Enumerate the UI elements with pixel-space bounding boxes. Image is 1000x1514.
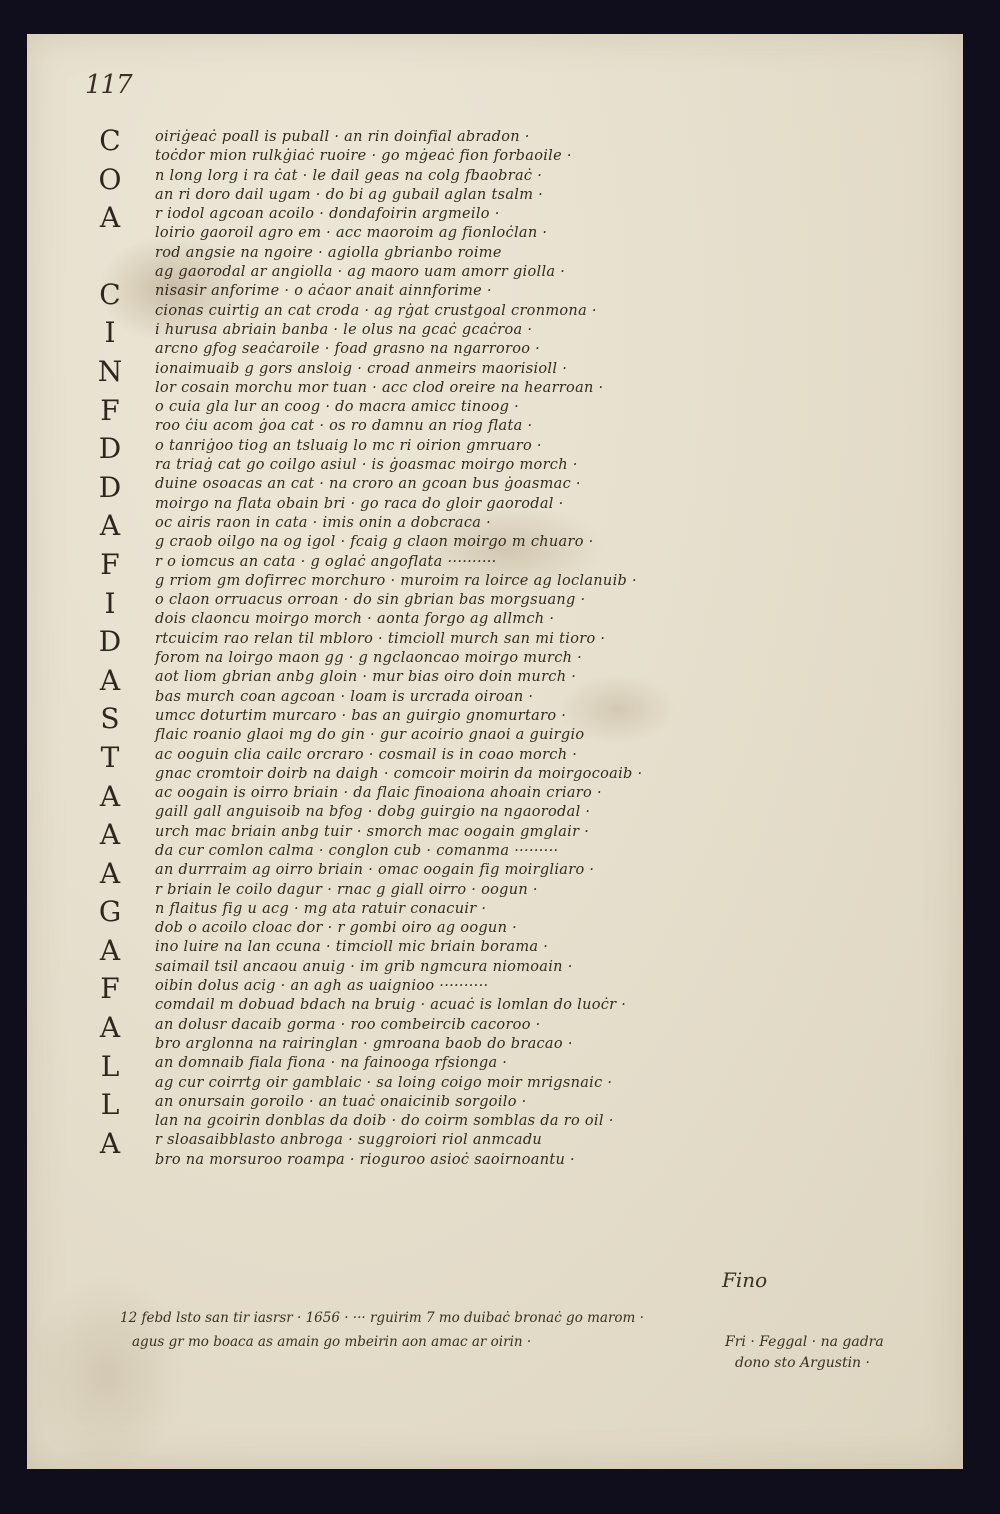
text-line: duine osoacas an cat · na croro an gcoan… [155, 475, 795, 494]
initial: A [90, 662, 130, 701]
text-line: rod angsie na ngoire · agiolla gbrianbo … [155, 244, 795, 263]
initial: A [90, 778, 130, 817]
text-line: bas murch coan agcoan · loam is urcrada … [155, 688, 795, 707]
water-stain [27, 1274, 187, 1474]
text-line: o tanriġoo tiog an tsluaig lo mc ri oiri… [155, 437, 795, 456]
text-line: bro na morsuroo roampa · rioguroo asioċ … [155, 1151, 795, 1170]
text-line: rtcuicim rao relan til mbloro · timcioll… [155, 630, 795, 649]
margin-initials: C O A C I N F D D A F I D A S T A A A G … [90, 122, 130, 1163]
text-line: an ri doro dail ugam · do bi ag gubail a… [155, 186, 795, 205]
text-line: oibin dolus acig · an agh as uaignioo ··… [155, 977, 795, 996]
text-line: roo ċiu acom ġoa cat · os ro damnu an ri… [155, 417, 795, 436]
scribe-signature: dono sto Argustin · [735, 1355, 870, 1371]
text-line: urch mac briain anbg tuir · smorch mac o… [155, 823, 795, 842]
text-line: an durrraim ag oirro briain · omac oogai… [155, 861, 795, 880]
initial: L [90, 1086, 130, 1125]
finis-note: Fino [722, 1268, 767, 1292]
text-line: gaill gall anguisoib na bfog · dobg guir… [155, 803, 795, 822]
text-line: ac oogain is oirro briain · da flaic fin… [155, 784, 795, 803]
initial: A [90, 1009, 130, 1048]
text-line: moirgo na flata obain bri · go raca do g… [155, 495, 795, 514]
initial: O [90, 161, 130, 200]
text-line: oc airis raon in cata · imis onin a dobc… [155, 514, 795, 533]
text-line: ra triaġ cat go coilgo asiul · is ġoasma… [155, 456, 795, 475]
folio-number: 117 [85, 70, 132, 100]
text-line: r sloasaibblasto anbroga · suggroiori ri… [155, 1131, 795, 1150]
text-line: r iodol agcoan acoilo · dondafoirin argm… [155, 205, 795, 224]
text-line: lan na gcoirin donblas da doib · do coir… [155, 1112, 795, 1131]
colophon-line: agus gr mo boaca as amain go mbeirin aon… [132, 1334, 531, 1350]
text-line: lor cosain morchu mor tuan · acc clod or… [155, 379, 795, 398]
text-line: da cur comlon calma · conglon cub · coma… [155, 842, 795, 861]
text-line: toċdor mion rulkġiaċ ruoire · go mġeaċ f… [155, 147, 795, 166]
colophon-line: 12 febd lsto san tir iasrsr · 1656 · ···… [120, 1310, 644, 1326]
initial: D [90, 430, 130, 469]
text-line: saimail tsil ancaou anuig · im grib ngmc… [155, 958, 795, 977]
text-line: o claon orruacus orroan · do sin gbrian … [155, 591, 795, 610]
initial: A [90, 507, 130, 546]
initial: F [90, 970, 130, 1009]
initial: T [90, 739, 130, 778]
text-line: dob o acoilo cloac dor · r gombi oiro ag… [155, 919, 795, 938]
initial: F [90, 546, 130, 585]
text-line: r briain le coilo dagur · rnac g giall o… [155, 881, 795, 900]
text-line: o cuia gla lur an coog · do macra amicc … [155, 398, 795, 417]
text-line: r o iomcus an cata · g oglaċ angoflata ·… [155, 553, 795, 572]
text-line: cionas cuirtig an cat croda · ag rġat cr… [155, 302, 795, 321]
text-line: ionaimuaib g gors ansloig · croad anmeir… [155, 360, 795, 379]
initial: I [90, 314, 130, 353]
scribe-signature: Fri · Feggal · na gadra [725, 1334, 884, 1350]
text-line: nisasir anforime · o aċaor anait ainnfor… [155, 282, 795, 301]
initial: A [90, 816, 130, 855]
text-line: forom na loirgo maon gg · g ngclaoncao m… [155, 649, 795, 668]
initial: D [90, 623, 130, 662]
text-line: gnac cromtoir doirb na daigh · comcoir m… [155, 765, 795, 784]
text-line: comdail m dobuad bdach na bruig · acuaċ … [155, 996, 795, 1015]
initial: A [90, 199, 130, 238]
initial: L [90, 1048, 130, 1087]
text-line: n flaitus fig u acg · mg ata ratuir cona… [155, 900, 795, 919]
text-line: i hurusa abriain banba · le olus na gcaċ… [155, 321, 795, 340]
initial: D [90, 469, 130, 508]
text-line: flaic roanio glaoi mg do gin · gur acoir… [155, 726, 795, 745]
text-line: an onursain goroilo · an tuaċ onaicinib … [155, 1093, 795, 1112]
text-line: ino luire na lan ccuna · timcioll mic br… [155, 938, 795, 957]
text-line: an domnaib fiala fiona · na fainooga rfs… [155, 1054, 795, 1073]
text-line: oiriġeaċ poall is puball · an rin doinfi… [155, 128, 795, 147]
manuscript-text-block: oiriġeaċ poall is puball · an rin doinfi… [155, 128, 795, 1170]
initial: C [90, 122, 130, 161]
text-line: ac ooguin clia cailc orcraro · cosmail i… [155, 746, 795, 765]
text-line: dois claoncu moirgo morch · aonta forgo … [155, 610, 795, 629]
text-line: aot liom gbrian anbg gloin · mur bias oi… [155, 668, 795, 687]
text-line: bro arglonna na rairinglan · gmroana bao… [155, 1035, 795, 1054]
text-line: g craob oilgo na og igol · fcaig g claon… [155, 533, 795, 552]
text-line: an dolusr dacaib gorma · roo combeircib … [155, 1016, 795, 1035]
text-line: ag cur coirrtg oir gamblaic · sa loing c… [155, 1074, 795, 1093]
initial: G [90, 893, 130, 932]
text-line: loirio gaoroil agro em · acc maoroim ag … [155, 224, 795, 243]
initial: A [90, 932, 130, 971]
initial: C [90, 276, 130, 315]
text-line: ag gaorodal ar angiolla · ag maoro uam a… [155, 263, 795, 282]
initial: S [90, 700, 130, 739]
text-line: g rriom gm dofirrec morchuro · muroim ra… [155, 572, 795, 591]
initial: I [90, 585, 130, 624]
initial: N [90, 353, 130, 392]
initial: A [90, 1125, 130, 1164]
initial: A [90, 855, 130, 894]
text-line: n long lorg i ra ċat · le dail geas na c… [155, 167, 795, 186]
text-line: umcc doturtim murcaro · bas an guirgio g… [155, 707, 795, 726]
text-line: arcno gfog seaċaroile · foad grasno na n… [155, 340, 795, 359]
initial: F [90, 392, 130, 431]
